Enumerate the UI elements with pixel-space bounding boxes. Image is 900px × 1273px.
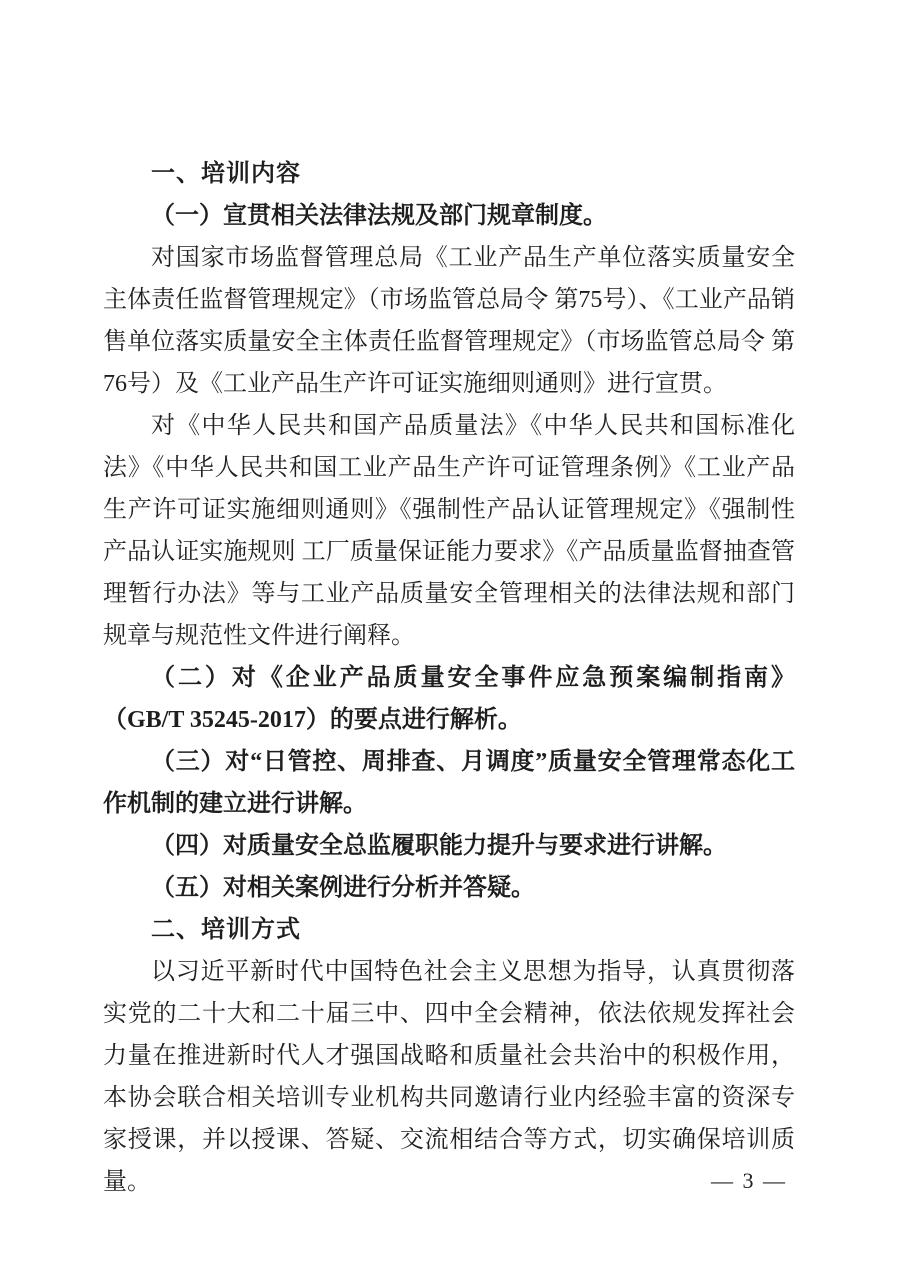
subsection-heading-1: （一）宣贯相关法律法规及部门规章制度。 — [103, 195, 795, 237]
document-page: 一、培训内容 （一）宣贯相关法律法规及部门规章制度。 对国家市场监督管理总局《工… — [0, 0, 900, 1273]
subsection-heading-2: （二）对《企业产品质量安全事件应急预案编制指南》（GB/T 35245-2017… — [103, 657, 795, 741]
subsection-heading-4: （四）对质量安全总监履职能力提升与要求进行讲解。 — [103, 825, 795, 867]
paragraph-training-method: 以习近平新时代中国特色社会主义思想为指导，认真贯彻落实党的二十大和二十届三中、四… — [103, 951, 795, 1203]
page-number: — 3 — — [711, 1166, 787, 1196]
document-content: 一、培训内容 （一）宣贯相关法律法规及部门规章制度。 对国家市场监督管理总局《工… — [103, 153, 795, 1203]
subsection-heading-5: （五）对相关案例进行分析并答疑。 — [103, 867, 795, 909]
section-heading-training-method: 二、培训方式 — [103, 909, 795, 951]
paragraph-laws-interpretation: 对《中华人民共和国产品质量法》《中华人民共和国标准化法》《中华人民共和国工业产品… — [103, 405, 795, 657]
paragraph-regulations-promotion: 对国家市场监督管理总局《工业产品生产单位落实质量安全主体责任监督管理规定》（市场… — [103, 237, 795, 405]
section-heading-training-content: 一、培训内容 — [103, 153, 795, 195]
subsection-heading-3: （三）对“日管控、周排查、月调度”质量安全管理常态化工作机制的建立进行讲解。 — [103, 741, 795, 825]
